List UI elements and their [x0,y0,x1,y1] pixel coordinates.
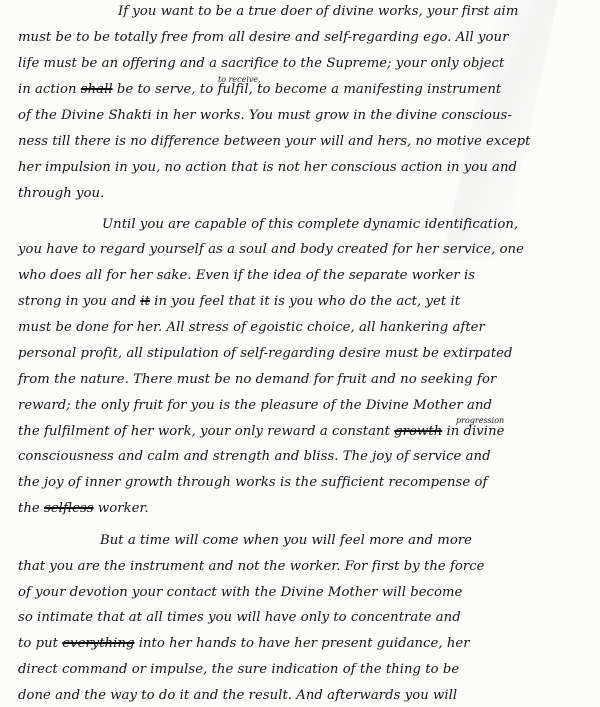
text-segment: worker. [94,501,149,516]
text-line: reward; the only fruit for you is the pl… [18,398,492,413]
struck-word: selfless [44,501,94,516]
text-line: must be done for her. All stress of egoi… [18,320,485,335]
text-line: that you are the instrument and not the … [18,559,485,574]
text-line: the fulfilment of her work, your only re… [18,424,504,439]
text-line: in action shall be to serve, to fulfil, … [18,82,501,97]
text-line: from the nature. There must be no demand… [18,372,496,387]
text-line: Until you are capable of this complete d… [102,217,518,232]
struck-word: growth [394,424,442,439]
text-segment: in divine [442,424,504,439]
text-segment: to put [18,636,62,651]
text-line: to put everything into her hands to have… [18,636,470,651]
text-line: personal profit, all stipulation of self… [18,346,513,361]
text-line: you have to regard yourself as a soul an… [18,242,524,257]
text-segment: the fulfilment of her work, your only re… [18,424,394,439]
text-segment: strong in you and [18,294,140,309]
text-segment: the [18,501,44,516]
text-line: life must be an offering and a sacrifice… [18,56,504,71]
text-line: the joy of inner growth through works is… [18,475,487,490]
text-line: ness till there is no difference between… [18,134,531,149]
text-line: her impulsion in you, no action that is … [18,160,517,175]
text-line: strong in you and it in you feel that it… [18,294,460,309]
text-line: of your devotion your contact with the D… [18,585,462,600]
text-segment: in you feel that it is you who do the ac… [150,294,460,309]
text-line: direct command or impulse, the sure indi… [18,662,459,677]
struck-word: shall [81,82,113,97]
struck-word: it [140,294,150,309]
manuscript-page: If you want to be a true doer of divine … [0,0,600,707]
text-line: of the Divine Shakti in her works. You m… [18,108,512,123]
text-line: done and the way to do it and the result… [18,688,457,703]
text-line: through you. [18,186,104,201]
text-line: must be to be totally free from all desi… [18,30,508,45]
text-line: consciousness and calm and strength and … [18,449,491,464]
text-line: But a time will come when you will feel … [100,533,472,548]
text-segment: into her hands to have her present guida… [134,636,469,651]
text-line: the selfless worker. [18,501,149,516]
text-line: who does all for her sake. Even if the i… [18,268,475,283]
text-line: If you want to be a true doer of divine … [118,4,518,19]
text-segment: be to serve, to fulfil, to become a mani… [113,82,502,97]
text-segment: in action [18,82,81,97]
text-line: so intimate that at all times you will h… [18,610,461,625]
struck-word: everything [62,636,134,651]
